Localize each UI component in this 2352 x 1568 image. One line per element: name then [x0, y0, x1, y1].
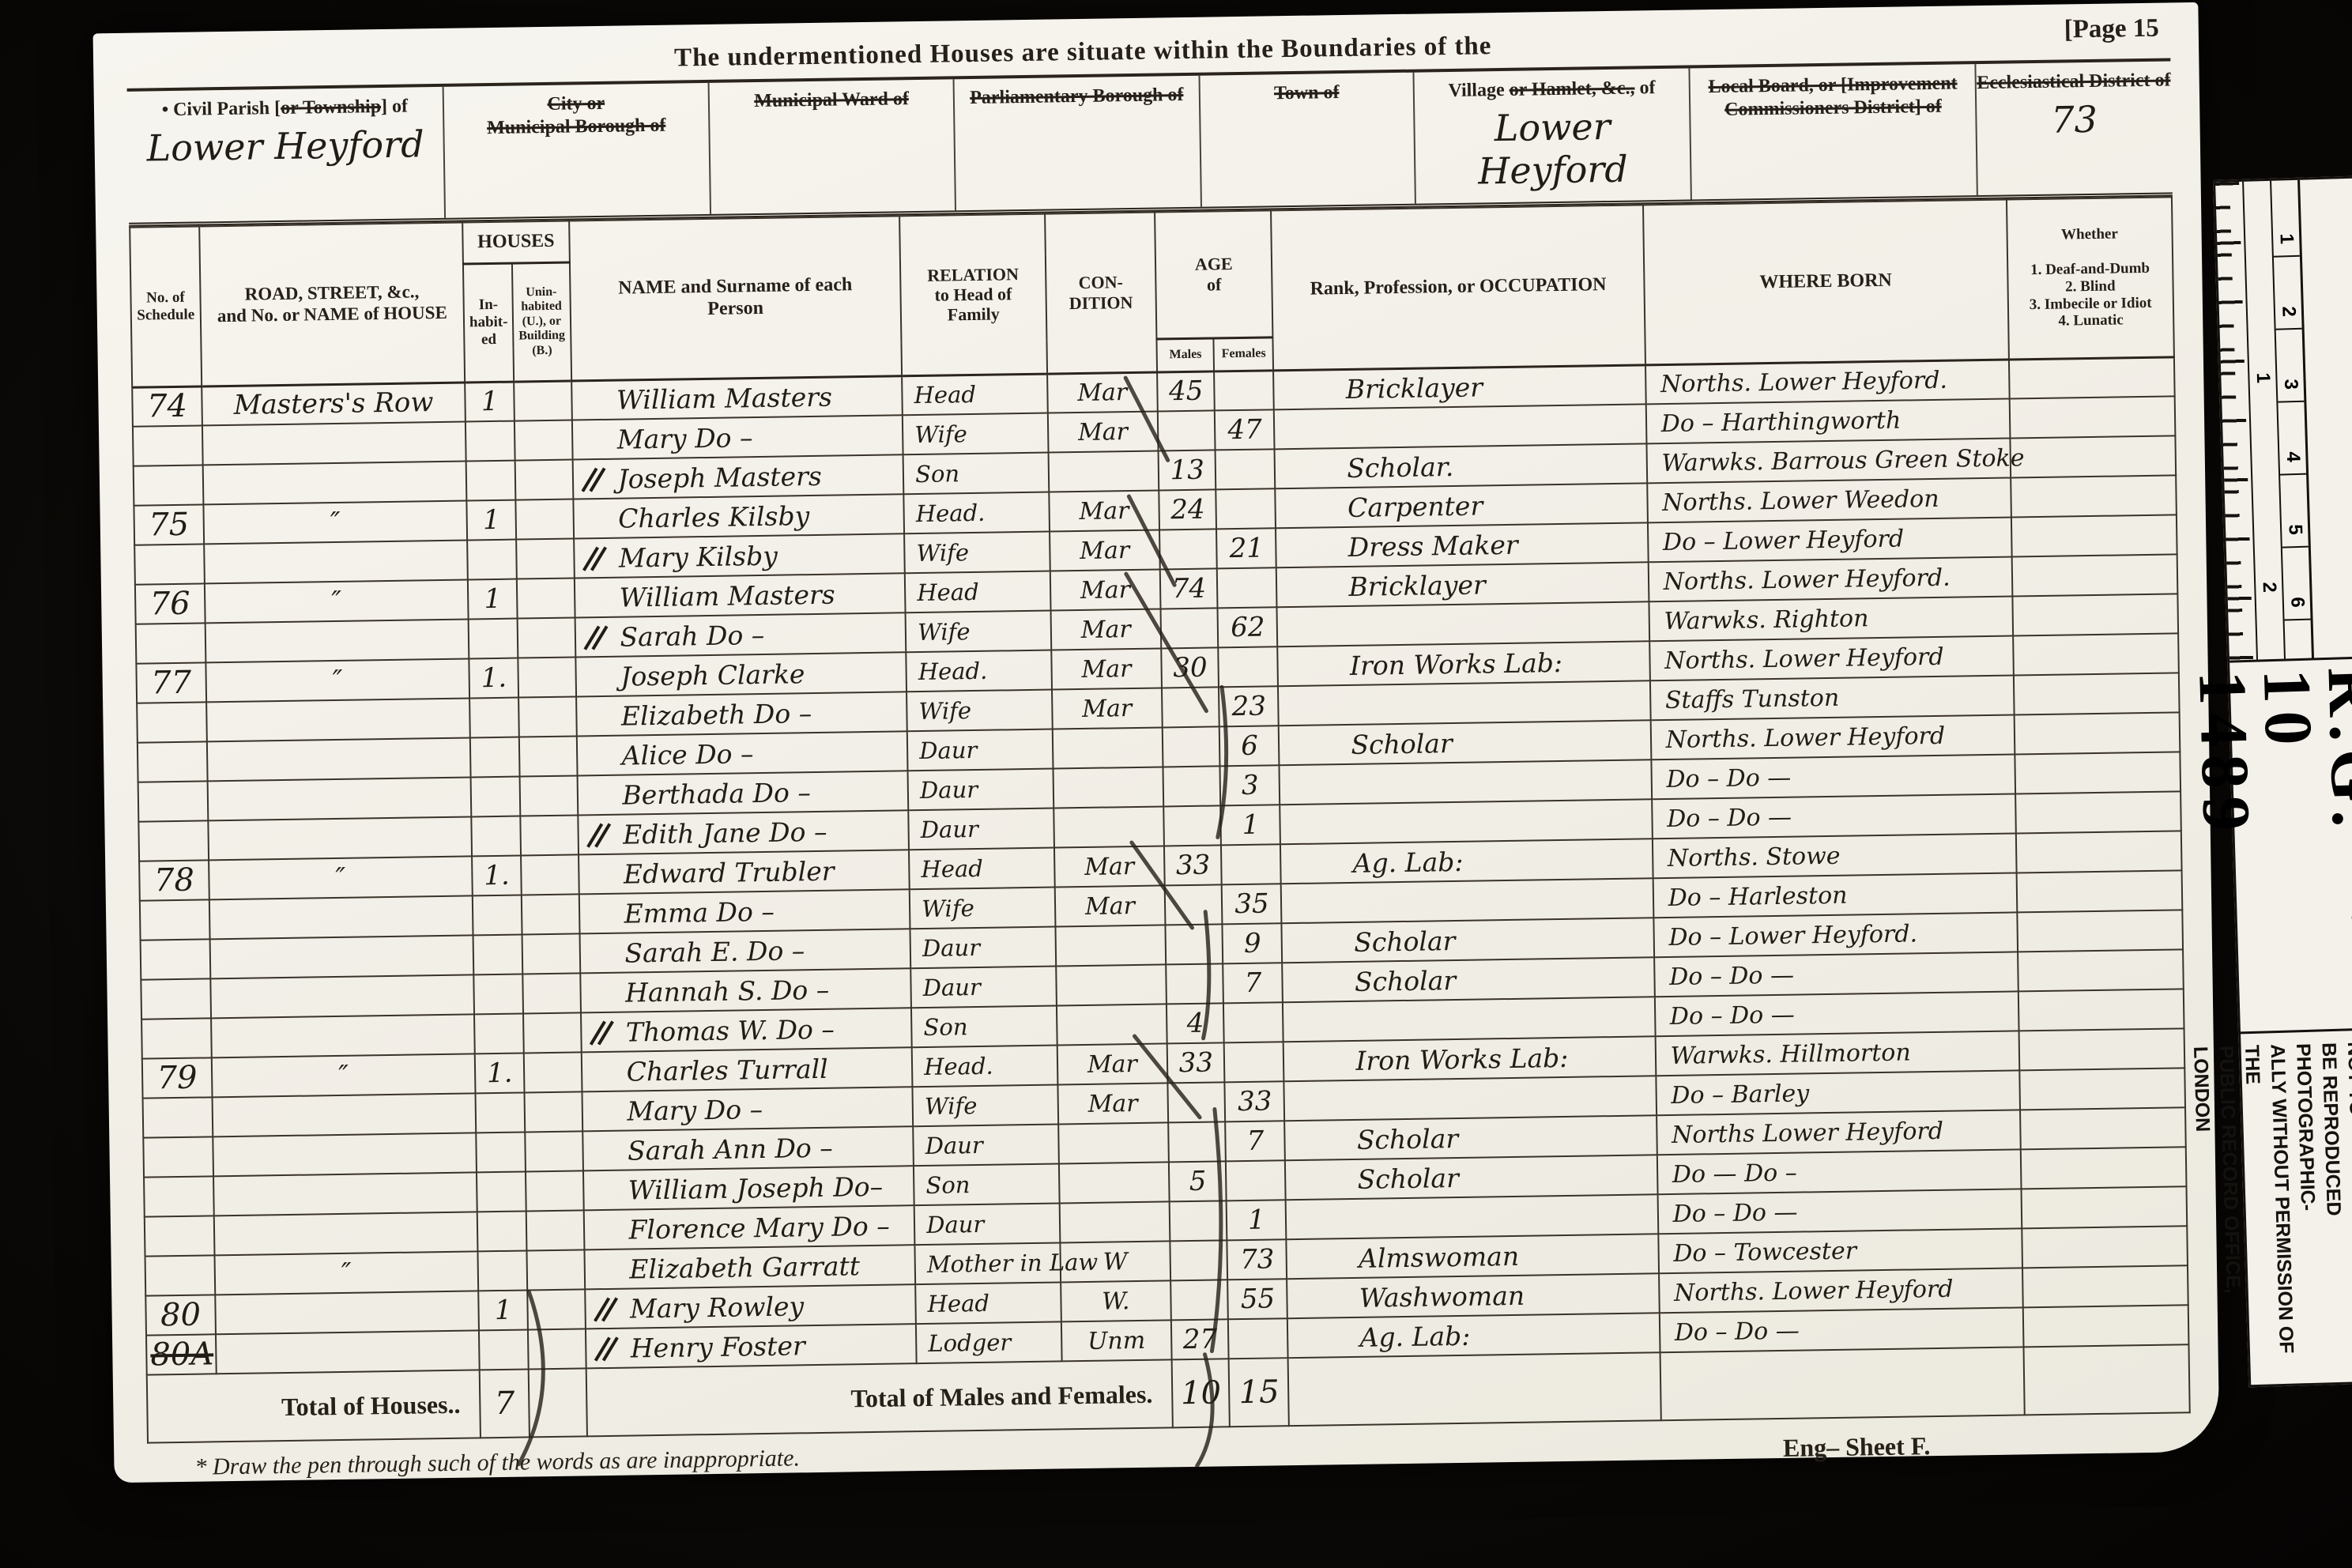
cell-inhabited: [477, 1171, 526, 1212]
sheet-label: Eng– Sheet F.: [1783, 1431, 1931, 1463]
cell-age-female: [1215, 370, 1275, 410]
cell-name: Mary Rowley: [585, 1284, 916, 1329]
cell-where-born: Do – Do —: [1654, 952, 2018, 997]
cell-schedule: [143, 1097, 213, 1137]
cell-age-male: [1165, 884, 1223, 925]
cell-inhabited: 1: [467, 500, 517, 541]
cell-name: Elizabeth Do –: [576, 692, 907, 736]
cell-infirmity: [2017, 910, 2183, 952]
cell-condition: [1048, 451, 1159, 492]
cell-condition: [1055, 925, 1166, 966]
cell-occupation: Iron Works Lab:: [1283, 1036, 1656, 1081]
cell-road: [205, 619, 469, 662]
cell-uninhabited: [526, 1170, 583, 1211]
person-name: Emma Do –: [624, 895, 775, 929]
cell-inhabited: 1: [478, 1290, 528, 1330]
cell-uninhabited: [527, 1289, 585, 1329]
cell-occupation: [1277, 601, 1649, 646]
cell-uninhabited: [515, 460, 573, 500]
cell-condition: Mar: [1047, 412, 1158, 453]
cell-occupation: Ag. Lab:: [1287, 1313, 1660, 1358]
cell-relation: Daur: [910, 927, 1056, 969]
cell-where-born: Do – Towcester: [1658, 1228, 2022, 1273]
cell-schedule: [134, 544, 205, 584]
infirmity-item: 3. Imbecile or Idiot: [2013, 294, 2168, 314]
scanned-census-page: The undermentioned Houses are situate wi…: [0, 0, 2352, 1568]
copyright-line: ALLY WITHOUT PERMISSION OF THE: [2238, 1044, 2299, 1371]
jurisdiction-label: Ecclesiastical District of: [1977, 69, 2171, 94]
cell-schedule: 77: [136, 662, 206, 703]
person-name: Sarah E. Do –: [624, 935, 805, 968]
cell-occupation: Dress Maker: [1276, 522, 1648, 567]
cell-where-born: Do – Harthingworth: [1645, 399, 2010, 444]
cell-age-male: 74: [1160, 568, 1218, 609]
column-headers: No. of Schedule ROAD, STREET, &c., and N…: [130, 197, 2174, 386]
ruler-cm-number: 6: [2286, 589, 2309, 616]
cell-name: Sarah E. Do –: [579, 929, 910, 973]
cell-infirmity: [2022, 1305, 2188, 1347]
ruler-cm-divider: [2285, 619, 2311, 621]
cell-inhabited: [469, 619, 518, 659]
person-name: William Joseph Do–: [628, 1170, 884, 1205]
cell-uninhabited: [522, 933, 580, 974]
page-number-label: [Page 15: [2064, 14, 2159, 45]
cell-uninhabited: [517, 578, 575, 618]
cell-inhabited: [479, 1329, 529, 1370]
cell-infirmity: [2021, 1186, 2187, 1228]
cell-name: William Joseph Do–: [583, 1166, 914, 1210]
jurisdiction-box: Ecclesiastical District of73: [1977, 61, 2173, 195]
cell-where-born: Warwks. Righton: [1649, 597, 2013, 642]
header-females: Females: [1214, 337, 1274, 371]
cell-infirmity: [2011, 554, 2177, 596]
cell-where-born: Do – Do —: [1651, 754, 2015, 799]
cell-inhabited: 1.: [469, 658, 519, 699]
person-name: Thomas W. Do –: [626, 1013, 835, 1047]
jurisdiction-label: City or Municipal Borough of: [444, 91, 709, 141]
person-name: William Masters: [619, 579, 835, 612]
cell-occupation: [1278, 680, 1650, 726]
cell-schedule: [138, 741, 208, 782]
cell-schedule: 80A: [146, 1334, 217, 1374]
cell-uninhabited: [519, 736, 577, 776]
ruler-cm-divider: [2274, 255, 2300, 258]
cell-age-female: 62: [1218, 607, 1278, 647]
cell-occupation: [1283, 997, 1655, 1042]
cell-name: Sarah Ann Do –: [582, 1126, 914, 1170]
cell-age-male: [1168, 1121, 1226, 1162]
cell-relation: Daur: [907, 729, 1053, 771]
total-mf-label: Total of Males and Females.: [586, 1359, 1173, 1436]
header-where-born: WHERE BORN: [1643, 200, 2009, 365]
cell-schedule: [133, 425, 203, 465]
cell-relation: Head.: [903, 492, 1049, 534]
cell-infirmity: [2018, 949, 2184, 991]
cell-condition: Mar: [1054, 885, 1165, 926]
cell-relation: Mother in Law: [915, 1242, 1061, 1284]
cell-road: [204, 540, 468, 583]
cell-inhabited: 1: [468, 579, 518, 620]
cell-relation: Head.: [912, 1045, 1057, 1087]
cell-occupation: [1284, 1076, 1657, 1121]
cell-inhabited: [476, 1092, 526, 1133]
reference-number: R.G. 10 1489: [2234, 666, 2352, 870]
cell-road: [208, 816, 472, 860]
infirmity-item: 4. Lunatic: [2014, 311, 2169, 331]
jurisdiction-box: Village or Hamlet, &c., ofLower Heyford: [1415, 68, 1693, 203]
cell-occupation: [1281, 878, 1653, 923]
cell-road: [211, 1014, 475, 1057]
cell-occupation: Almswoman: [1287, 1234, 1659, 1279]
cell-schedule: [143, 1136, 213, 1177]
cell-road: ″: [205, 579, 469, 623]
cell-schedule: 78: [139, 860, 209, 900]
cell-infirmity: [2013, 633, 2179, 675]
cell-relation: Head: [902, 374, 1047, 416]
cell-road: Masters's Row: [202, 383, 465, 426]
cell-where-born: Warwks. Barrous Green Stoke: [1646, 439, 2011, 484]
ruler-cm-divider: [2282, 546, 2309, 548]
person-name: Elizabeth Do –: [621, 698, 812, 732]
cell-infirmity: [2022, 1265, 2188, 1307]
cell-where-born: Norths Lower Heyford: [1657, 1110, 2021, 1155]
cell-road: [213, 1133, 477, 1176]
cell-name: Florence Mary Do –: [583, 1205, 914, 1249]
cell-age-male: [1158, 410, 1216, 450]
cell-infirmity: [2015, 831, 2181, 873]
cell-uninhabited: [520, 815, 578, 855]
cell-age-male: [1168, 1082, 1226, 1122]
cell-infirmity: [2016, 870, 2182, 912]
household-separator-mark: [583, 627, 604, 650]
cell-inhabited: [467, 540, 517, 580]
ruler-and-office-section: 12 123456 PUBLIC RECORD OFFICE: [2215, 178, 2352, 663]
cell-where-born: Staffs Tunston: [1650, 675, 2015, 720]
cell-age-female: [1223, 1002, 1283, 1042]
cell-age-male: 30: [1161, 647, 1219, 688]
jurisdiction-label: Municipal Ward of: [710, 87, 954, 113]
ruler-inch-number: 2: [2257, 574, 2280, 601]
cell-occupation: [1280, 759, 1652, 805]
cell-age-male: 33: [1167, 1042, 1225, 1083]
cell-name: Thomas W. Do –: [581, 1008, 912, 1052]
cell-name: William Masters: [571, 375, 903, 420]
cell-occupation: [1274, 404, 1646, 449]
cell-age-female: [1224, 1042, 1284, 1082]
cell-inhabited: [473, 895, 522, 936]
header-houses: HOUSES: [462, 221, 569, 264]
ruler-cm-number: 4: [2281, 443, 2304, 470]
cell-age-female: 23: [1219, 686, 1279, 726]
cell-infirmity: [2022, 1226, 2188, 1268]
cell-occupation: Ag. Lab:: [1280, 839, 1653, 884]
cell-condition: Mar: [1051, 648, 1162, 689]
jurisdiction-value: 73: [1977, 96, 2171, 142]
cell-where-born: Do – Lower Heyford: [1648, 518, 2012, 563]
cell-schedule: 74: [132, 386, 202, 426]
ruler-cm-number: 2: [2277, 298, 2300, 325]
cell-infirmity: [2011, 514, 2177, 556]
cell-schedule: 79: [142, 1057, 213, 1098]
cell-age-male: [1170, 1240, 1228, 1280]
cell-condition: [1052, 727, 1163, 768]
cell-name: Elizabeth Garratt: [584, 1245, 915, 1289]
person-name: Elizabeth Garratt: [629, 1250, 860, 1284]
cell-occupation: Scholar: [1282, 918, 1654, 963]
cell-condition: Mar: [1052, 688, 1163, 729]
cell-uninhabited: [518, 657, 576, 697]
cell-infirmity: [2019, 1068, 2185, 1110]
cell-schedule: [141, 978, 211, 1019]
cell-inhabited: [470, 737, 520, 778]
cell-inhabited: [465, 421, 515, 462]
cell-condition: Mar: [1050, 530, 1160, 571]
cell-age-female: 6: [1219, 726, 1280, 766]
cell-where-born: Norths. Stowe: [1653, 833, 2017, 878]
cell-inhabited: [476, 1132, 526, 1172]
cell-condition: Mar: [1047, 372, 1158, 413]
cell-infirmity: [2020, 1147, 2186, 1189]
cell-name: Joseph Masters: [572, 454, 903, 499]
cell-condition: [1057, 1004, 1167, 1045]
cell-occupation: Bricklayer: [1276, 562, 1649, 607]
cell-age-female: [1228, 1318, 1288, 1359]
cell-occupation: Scholar.: [1275, 443, 1647, 488]
cell-relation: Head: [905, 571, 1050, 613]
cell-road: [212, 1093, 476, 1136]
cell-inhabited: [473, 974, 523, 1015]
cell-uninhabited: [518, 696, 576, 737]
cell-uninhabited: [521, 854, 579, 895]
cell-age-male: [1170, 1280, 1228, 1320]
household-separator-mark: [594, 1338, 615, 1362]
jurisdiction-label: Town of: [1200, 81, 1413, 107]
cell-relation: Head: [909, 848, 1054, 890]
cell-relation: Son: [914, 1163, 1059, 1205]
cell-uninhabited: [518, 617, 575, 658]
cell-schedule: [136, 623, 206, 663]
cell-occupation: Scholar: [1285, 1155, 1657, 1200]
cell-occupation: [1286, 1194, 1658, 1239]
cell-age-male: [1170, 1200, 1227, 1241]
cell-relation: Wife: [910, 888, 1055, 929]
cell-age-female: 35: [1222, 884, 1282, 924]
cell-age-male: [1166, 924, 1223, 964]
person-name: Edith Jane Do –: [623, 816, 827, 850]
cell-age-male: [1162, 687, 1219, 727]
cell-infirmity: [2012, 594, 2178, 635]
cell-road: [216, 1330, 480, 1374]
cell-relation: Head.: [906, 650, 1051, 692]
total-houses-label: Total of Houses..: [147, 1370, 481, 1442]
cell-age-male: 45: [1157, 371, 1215, 411]
ruler-cm-number: 3: [2279, 371, 2302, 398]
cell-inhabited: [471, 777, 521, 817]
cell-schedule: 76: [135, 583, 205, 624]
cell-condition: [1056, 964, 1167, 1005]
cell-relation: Daur: [908, 769, 1053, 811]
cell-name: Mary Do –: [582, 1087, 913, 1131]
cell-condition: Mar: [1057, 1043, 1167, 1084]
cell-age-female: 7: [1226, 1121, 1286, 1161]
cell-where-born: Do – Do —: [1655, 991, 2019, 1036]
jurisdiction-box: City or Municipal Borough of: [443, 83, 711, 218]
cell-relation: Wife: [903, 413, 1048, 455]
cell-inhabited: 1.: [472, 856, 522, 896]
cell-age-male: 33: [1164, 845, 1222, 885]
total-females-value: 15: [1229, 1358, 1289, 1427]
cell-where-born: Do – Do —: [1657, 1189, 2022, 1234]
cell-relation: Son: [911, 1006, 1057, 1048]
cell-condition: [1059, 1162, 1170, 1203]
cell-age-male: [1163, 805, 1221, 846]
cell-inhabited: [474, 1014, 524, 1054]
infirmity-title: Whether: [2012, 225, 2167, 245]
cell-uninhabited: [522, 894, 579, 934]
cell-inhabited: [471, 816, 521, 857]
cell-age-female: 73: [1227, 1239, 1287, 1280]
cell-condition: Mar: [1050, 609, 1161, 650]
cell-condition: Mar: [1049, 491, 1159, 532]
jurisdiction-label: Parliamentary Borough of: [955, 84, 1199, 110]
cell-occupation: Iron Works Lab:: [1278, 641, 1650, 686]
cell-schedule: [137, 702, 207, 742]
cell-where-born: Norths. Lower Heyford: [1650, 714, 2015, 759]
header-uninhabited: Unin- habited (U.), or Building (B.): [512, 262, 571, 382]
ruler-cm-number: 5: [2283, 516, 2306, 543]
jurisdiction-label: • Civil Parish [or Township] of: [127, 95, 443, 122]
cell-condition: Mar: [1050, 569, 1160, 610]
total-males-value: 10: [1172, 1359, 1231, 1427]
cell-condition: Unm: [1061, 1320, 1171, 1361]
cell-name: Sarah Do –: [575, 612, 906, 657]
person-name: Mary Do –: [616, 422, 752, 455]
cell-occupation: Scholar: [1285, 1115, 1657, 1160]
footnote: * Draw the pen through such of the words…: [194, 1445, 800, 1480]
ruler-inch-number: 1: [2251, 364, 2274, 391]
person-name: Alice Do –: [621, 738, 753, 771]
cell-relation: Daur: [913, 1124, 1058, 1166]
infirmity-list: 1. Deaf-and-Dumb2. Blind3. Imbecile or I…: [2013, 259, 2169, 346]
cell-where-born: Norths. Lower Heyford.: [1648, 557, 2012, 602]
jurisdiction-label: Village or Hamlet, &c., of: [1415, 76, 1689, 103]
cell-occupation: Scholar: [1283, 957, 1655, 1002]
person-name: Mary Kilsby: [619, 540, 778, 573]
census-form-page: The undermentioned Houses are situate wi…: [93, 2, 2220, 1483]
cell-age-female: 1: [1227, 1200, 1287, 1240]
cell-schedule: [145, 1255, 216, 1295]
cell-road: [202, 422, 466, 465]
cell-infirmity: [2014, 673, 2180, 714]
cell-name: William Masters: [574, 573, 905, 617]
reference-label: Reference :—: [2245, 866, 2352, 1023]
ruler-cm-divider: [2278, 401, 2304, 403]
banner-text: The undermentioned Houses are situate wi…: [674, 32, 1492, 73]
cell-name: Emma Do –: [579, 889, 910, 933]
cell-road: ″: [212, 1053, 476, 1097]
header-relation: RELATION to Head of Family: [899, 214, 1046, 376]
cell-where-born: Norths. Lower Heyford: [1649, 635, 2014, 680]
household-separator-mark: [582, 548, 603, 571]
cell-uninhabited: [522, 973, 580, 1013]
cell-where-born: Do – Do —: [1659, 1307, 2023, 1352]
cell-age-female: 9: [1223, 923, 1283, 963]
jurisdiction-box: Town of: [1200, 73, 1416, 207]
cell-name: Mary Do –: [571, 415, 903, 459]
pro-reference-card: 12 123456 PUBLIC RECORD OFFICE R.G. 10 1…: [2213, 175, 2352, 1387]
cell-road: ″: [214, 1251, 478, 1295]
person-name: Edward Trubler: [624, 855, 835, 889]
cell-where-born: Do – Do —: [1652, 793, 2016, 839]
cell-relation: Daur: [910, 967, 1056, 1008]
cell-uninhabited: [514, 420, 572, 461]
cell-where-born: Do – Harleston: [1653, 873, 2017, 918]
ruler-cm-divider: [2280, 473, 2306, 476]
cell-age-female: [1217, 567, 1277, 608]
cell-age-male: 4: [1167, 1003, 1224, 1043]
person-name: Mary Rowley: [630, 1291, 805, 1324]
cell-uninhabited: [520, 775, 578, 816]
person-name: Joseph Masters: [617, 460, 822, 494]
cell-road: [209, 935, 473, 978]
cell-occupation: Bricklayer: [1273, 364, 1645, 409]
cell-inhabited: 1.: [475, 1053, 525, 1093]
cell-schedule: 80: [145, 1295, 216, 1335]
cell-infirmity: [2018, 989, 2184, 1031]
person-name: Sarah Ann Do –: [628, 1132, 833, 1166]
jurisdiction-value: Lower Heyford: [1415, 104, 1690, 193]
cell-age-female: [1216, 449, 1276, 489]
cell-road: ″: [203, 500, 467, 544]
cell-infirmity: [2010, 435, 2176, 477]
infirmity-item: 1. Deaf-and-Dumb: [2013, 259, 2168, 279]
cell-schedule: 75: [134, 504, 204, 545]
cell-uninhabited: [516, 538, 574, 579]
census-rows: 74Masters's Row1William MastersHeadMar45…: [132, 356, 2188, 1374]
cell-road: [206, 698, 470, 741]
cell-uninhabited: [527, 1249, 585, 1290]
cell-relation: Wife: [913, 1084, 1058, 1126]
cell-infirmity: [2014, 712, 2180, 754]
cell-uninhabited: [526, 1210, 584, 1250]
person-name: Joseph Clarke: [620, 658, 805, 692]
cell-inhabited: [466, 461, 516, 501]
cell-schedule: [134, 465, 204, 505]
cell-road: [209, 895, 473, 939]
cell-condition: [1053, 767, 1163, 808]
person-name: Mary Do –: [627, 1094, 763, 1127]
cell-uninhabited: [524, 1052, 582, 1092]
infirmity-item: 2. Blind: [2013, 277, 2168, 296]
cell-road: [210, 974, 474, 1018]
person-name: Florence Mary Do –: [628, 1210, 890, 1245]
cell-age-male: [1159, 529, 1217, 569]
cell-where-born: Norths. Lower Heyford.: [1645, 360, 2010, 405]
cell-occupation: Carpenter: [1276, 483, 1648, 528]
cell-relation: Wife: [904, 532, 1050, 574]
cell-name: Alice Do –: [576, 731, 907, 775]
cell-infirmity: [2011, 475, 2177, 517]
ruler: 12 123456: [2215, 180, 2314, 661]
cell-relation: Son: [903, 453, 1049, 495]
cell-inhabited: [469, 698, 519, 738]
cell-relation: Wife: [906, 611, 1051, 653]
cell-infirmity: [2015, 752, 2180, 793]
cell-where-born: Warwks. Hillmorton: [1655, 1031, 2019, 1076]
person-name: William Masters: [616, 381, 832, 415]
cell-uninhabited: [528, 1329, 586, 1369]
reference-section: R.G. 10 1489 Reference :—: [2229, 658, 2352, 1035]
